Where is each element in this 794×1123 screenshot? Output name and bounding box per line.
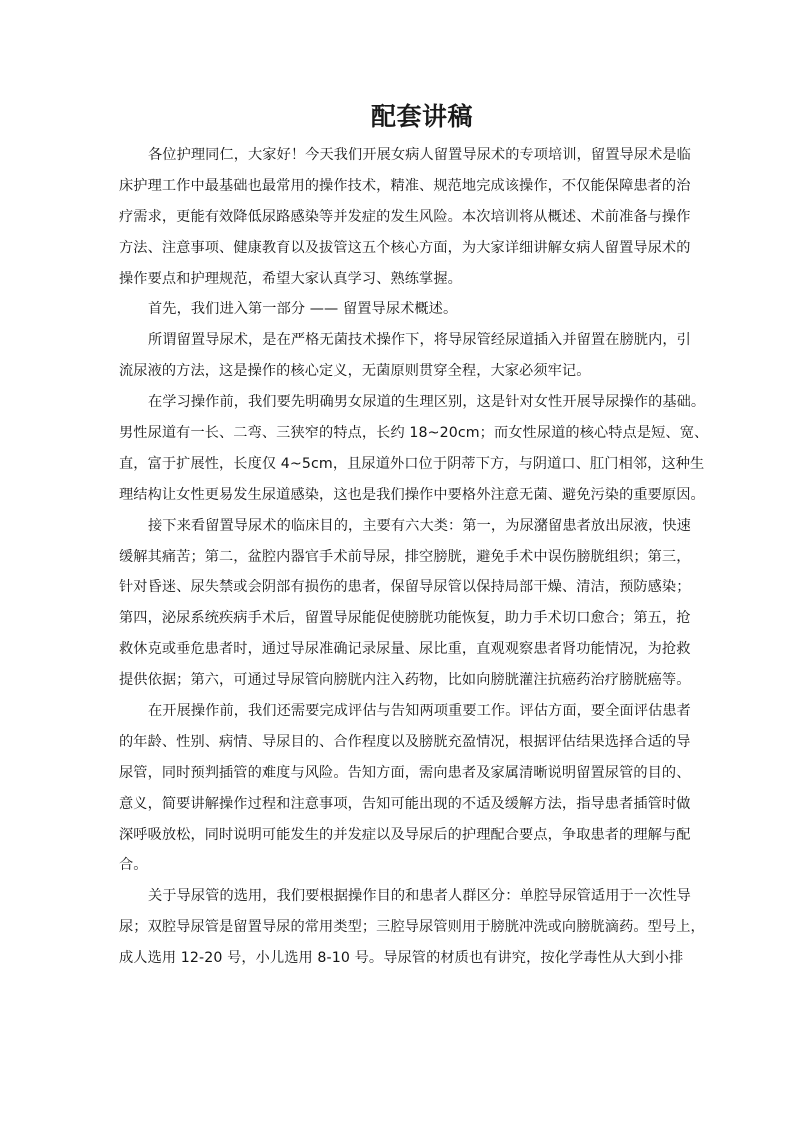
text-line: 在开展操作前，我们还需要完成评估与告知两项重要工作。评估方面，要全面评估患者 [119, 696, 679, 727]
text-line: 各位护理同仁，大家好！今天我们开展女病人留置导尿术的专项培训，留置导尿术是临 [119, 140, 679, 171]
text-line: 针对昏迷、尿失禁或会阴部有损伤的患者，保留导尿管以保持局部干燥、清洁，预防感染； [119, 572, 679, 603]
text-line: 尿；双腔导尿管是留置导尿的常用类型；三腔导尿管则用于膀胱冲洗或向膀胱滴药。型号上… [119, 912, 679, 943]
text-line: 接下来看留置导尿术的临床目的，主要有六大类：第一，为尿潴留患者放出尿液，快速 [119, 511, 679, 542]
paragraph-clinical-purposes: 接下来看留置导尿术的临床目的，主要有六大类：第一，为尿潴留患者放出尿液，快速 缓… [119, 511, 679, 696]
text-line: 床护理工作中最基础也最常用的操作技术，精准、规范地完成该操作，不仅能保障患者的治 [119, 171, 679, 202]
paragraph-definition: 所谓留置导尿术，是在严格无菌技术操作下，将导尿管经尿道插入并留置在膀胱内，引 流… [119, 325, 679, 387]
document-title: 配套讲稿 [0, 101, 794, 133]
text-line: 合。 [119, 850, 679, 881]
text-line: 操作要点和护理规范，希望大家认真学习、熟练掌握。 [119, 264, 679, 295]
text-line: 首先，我们进入第一部分 —— 留置导尿术概述。 [119, 294, 679, 325]
text-line: 方法、注意事项、健康教育以及拔管这五个核心方面，为大家详细讲解女病人留置导尿术的 [119, 233, 679, 264]
text-line: 男性尿道有一长、二弯、三狭窄的特点，长约 18~20cm；而女性尿道的核心特点是… [119, 418, 679, 449]
text-line: 深呼吸放松，同时说明可能发生的并发症以及导尿后的护理配合要点，争取患者的理解与配 [119, 820, 679, 851]
paragraph-urethra-anatomy: 在学习操作前，我们要先明确男女尿道的生理区别，这是针对女性开展导尿操作的基础。 … [119, 387, 679, 511]
text-line: 提供依据；第六，可通过导尿管向膀胱内注入药物，比如向膀胱灌注抗癌药治疗膀胱癌等。 [119, 665, 679, 696]
text-line: 关于导尿管的选用，我们要根据操作目的和患者人群区分：单腔导尿管适用于一次性导 [119, 881, 679, 912]
paragraph-catheter-selection: 关于导尿管的选用，我们要根据操作目的和患者人群区分：单腔导尿管适用于一次性导 尿… [119, 881, 679, 974]
text-line: 所谓留置导尿术，是在严格无菌技术操作下，将导尿管经尿道插入并留置在膀胱内，引 [119, 325, 679, 356]
text-line: 救休克或垂危患者时，通过导尿准确记录尿量、尿比重，直观观察患者肾功能情况，为抢救 [119, 634, 679, 665]
text-line: 第四，泌尿系统疾病手术后，留置导尿能促使膀胱功能恢复，助力手术切口愈合；第五，抢 [119, 603, 679, 634]
text-line: 疗需求，更能有效降低尿路感染等并发症的发生风险。本次培训将从概述、术前准备与操作 [119, 202, 679, 233]
text-line: 理结构让女性更易发生尿道感染，这也是我们操作中要格外注意无菌、避免污染的重要原因… [119, 480, 679, 511]
text-line: 成人选用 12-20 号，小儿选用 8-10 号。导尿管的材质也有讲究，按化学毒… [119, 943, 679, 974]
paragraph-section-one-intro: 首先，我们进入第一部分 —— 留置导尿术概述。 [119, 294, 679, 325]
text-line: 的年龄、性别、病情、导尿目的、合作程度以及膀胱充盈情况，根据评估结果选择合适的导 [119, 727, 679, 758]
document-body: 各位护理同仁，大家好！今天我们开展女病人留置导尿术的专项培训，留置导尿术是临 床… [119, 140, 679, 974]
paragraph-introduction: 各位护理同仁，大家好！今天我们开展女病人留置导尿术的专项培训，留置导尿术是临 床… [119, 140, 679, 294]
text-line: 尿管，同时预判插管的难度与风险。告知方面，需向患者及家属清晰说明留置尿管的目的、 [119, 758, 679, 789]
text-line: 在学习操作前，我们要先明确男女尿道的生理区别，这是针对女性开展导尿操作的基础。 [119, 387, 679, 418]
text-line: 直，富于扩展性，长度仅 4~5cm，且尿道外口位于阴蒂下方，与阴道口、肛门相邻，… [119, 449, 679, 480]
text-line: 流尿液的方法，这是操作的核心定义，无菌原则贯穿全程，大家必须牢记。 [119, 356, 679, 387]
paragraph-assessment-notification: 在开展操作前，我们还需要完成评估与告知两项重要工作。评估方面，要全面评估患者 的… [119, 696, 679, 881]
document-page: 配套讲稿 各位护理同仁，大家好！今天我们开展女病人留置导尿术的专项培训，留置导尿… [0, 0, 794, 1123]
text-line: 缓解其痛苦；第二，盆腔内器官手术前导尿，排空膀胱，避免手术中误伤膀胱组织；第三， [119, 542, 679, 573]
text-line: 意义，简要讲解操作过程和注意事项，告知可能出现的不适及缓解方法，指导患者插管时做 [119, 789, 679, 820]
